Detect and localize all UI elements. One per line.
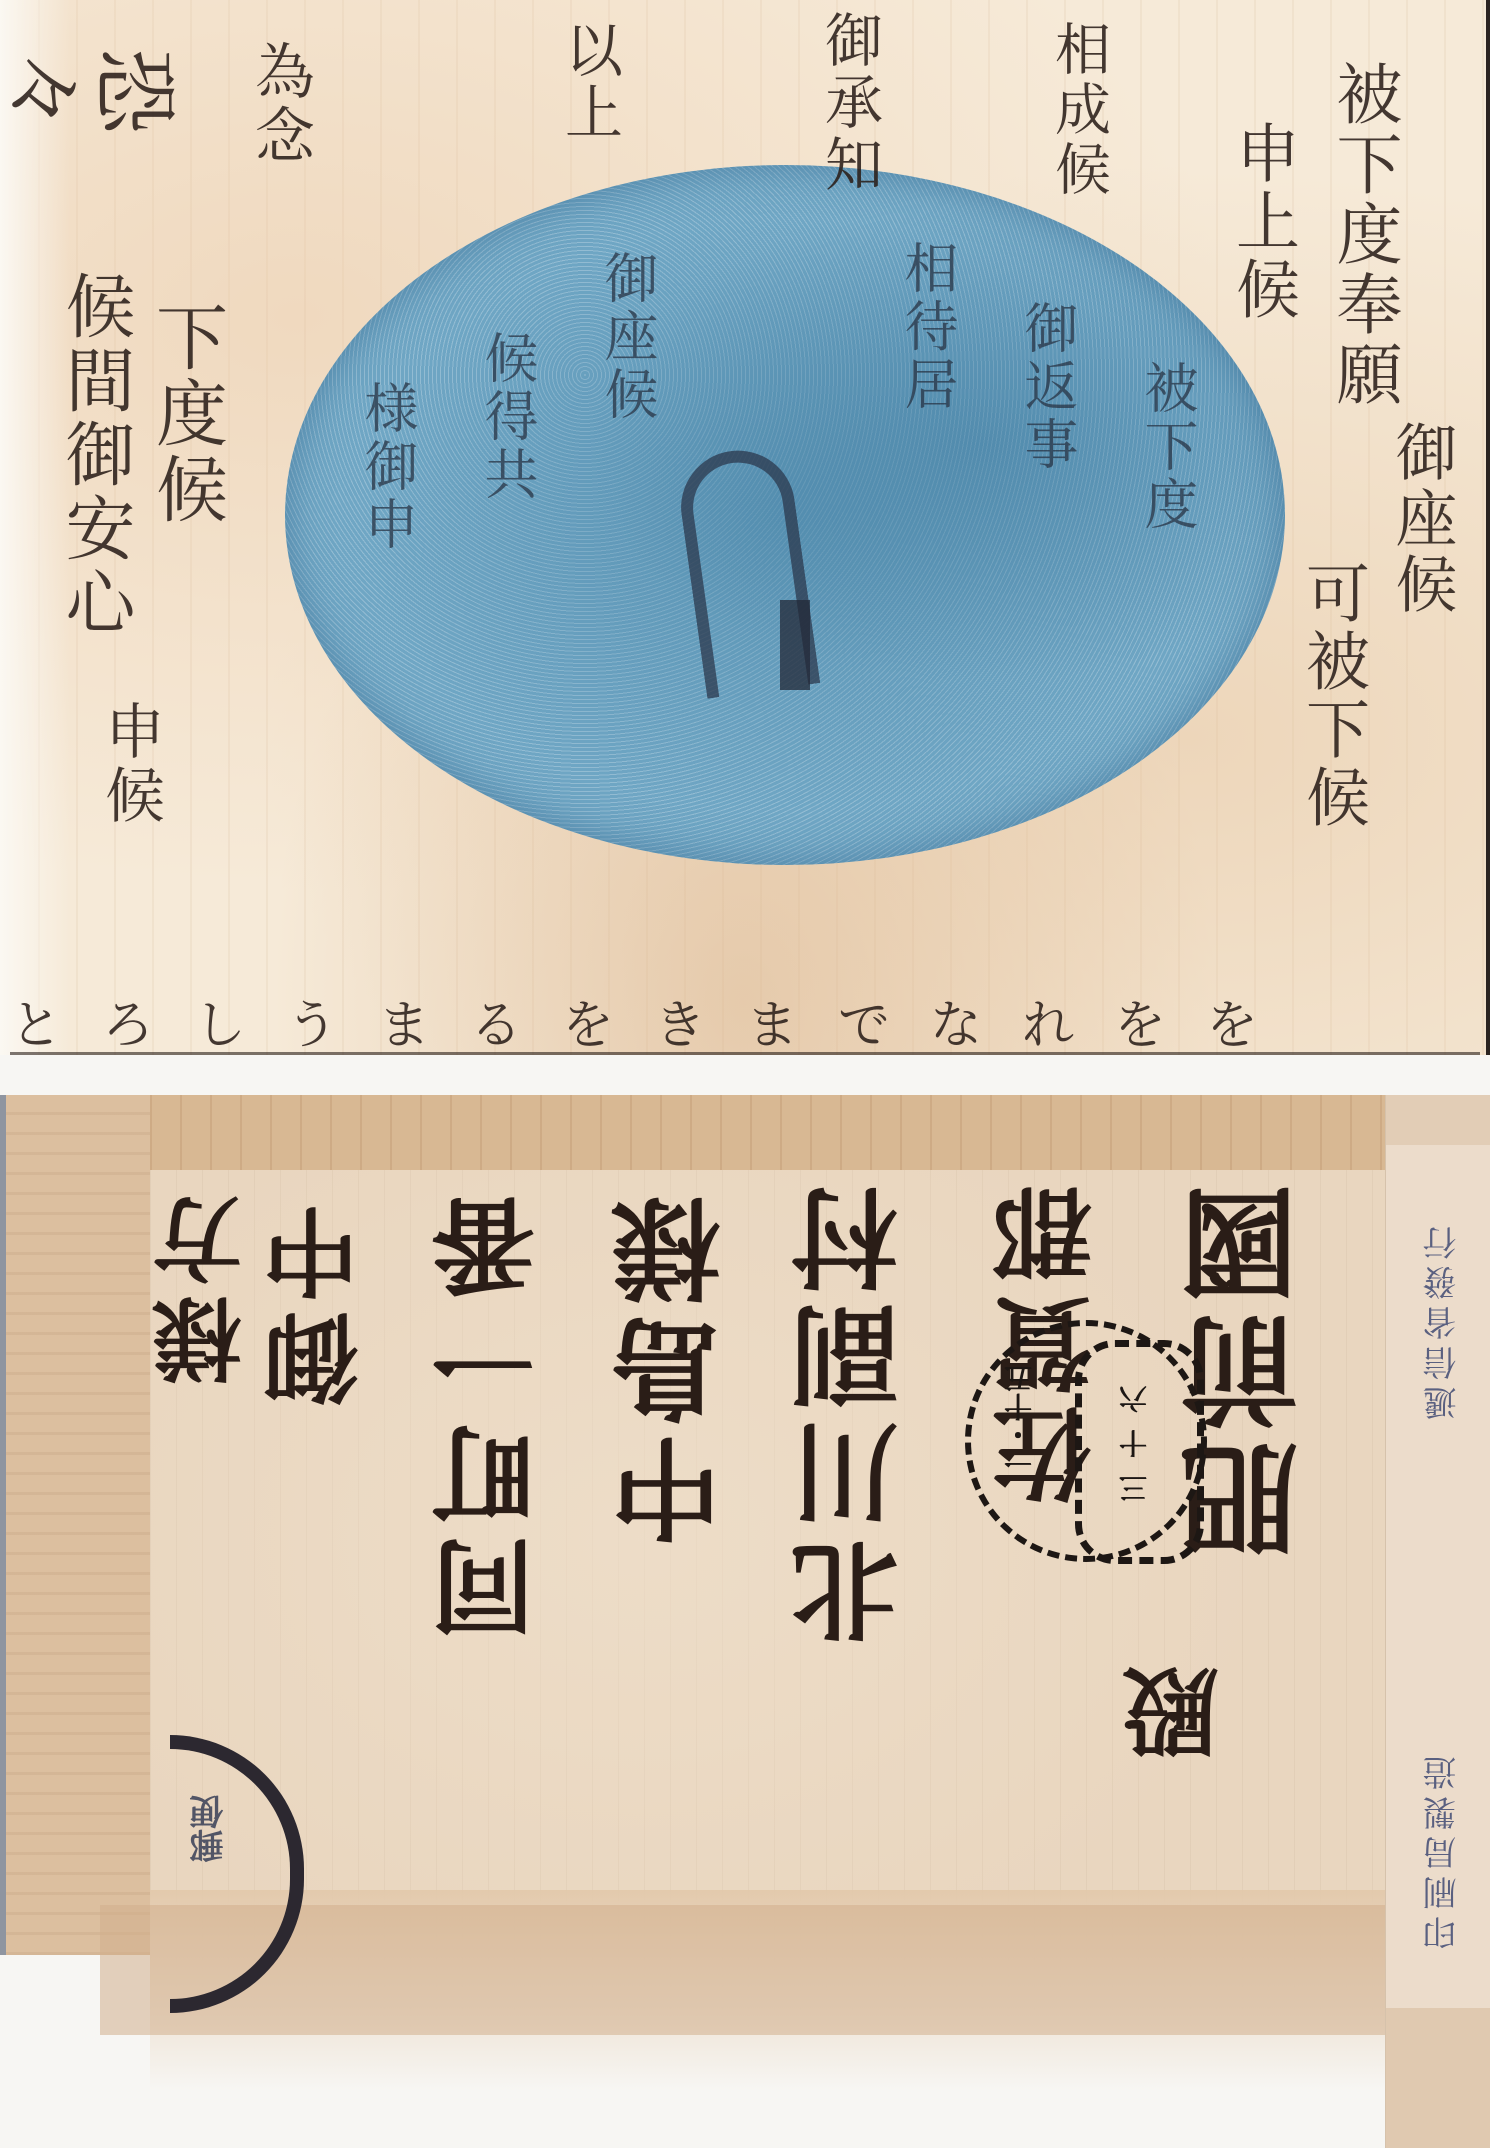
address-column: 同町一番 xyxy=(440,1185,544,1641)
folded-paper-strip-top xyxy=(150,1095,1385,1170)
seal-text: 郵便 xyxy=(185,1795,234,1863)
calligraphy-column: 申候 xyxy=(100,700,160,828)
calligraphy-column: 可被下候 xyxy=(1300,560,1364,832)
calligraphy-column: 相成候 xyxy=(1050,20,1106,200)
oval-calligraphy-column: 被下度 xyxy=(1140,360,1194,534)
folded-paper-strip-left xyxy=(0,1095,150,1955)
round-postmark-text: 一・十五 xyxy=(1000,1365,1040,1477)
address-column: 様方 xyxy=(160,1185,250,1385)
printed-maker-text: 印刷局製造 xyxy=(1418,1750,1467,1950)
address-column: 中島様 xyxy=(620,1185,730,1545)
calligraphy-column: 御座候 xyxy=(1390,420,1452,618)
calligraphy-column: 申上候 xyxy=(1230,120,1294,324)
address-column: 北川副村 xyxy=(800,1175,908,1647)
calligraphy-column: 御承知 xyxy=(820,10,878,196)
calligraphy-column: 以上 xyxy=(560,20,618,144)
address-column: 肥前國 xyxy=(1190,1175,1308,1559)
oval-calligraphy-column: 候得共 xyxy=(480,330,534,504)
margin-band-top xyxy=(1386,1095,1490,1145)
letter-panel: 恐々謹言 候間御安心 下度候 被下度奉願 申上候 御座候 可被下候 為念 以上 … xyxy=(0,0,1490,1055)
oval-calligraphy-column: 御座候 xyxy=(600,250,654,424)
bottom-calligraphy-row: とろしうまるをきまでなれをを xyxy=(10,1000,1480,1055)
address-column: 御中 xyxy=(270,1195,366,1407)
stamp-figure-base xyxy=(780,600,810,690)
calligraphy-row: とろしうまるをきまでなれをを xyxy=(10,1000,1298,1052)
margin-band-bottom xyxy=(1386,2008,1490,2148)
printed-issuer-text: 遞信省發行 xyxy=(1418,1220,1467,1420)
rectangular-postmark-text: 三 十 六 xyxy=(1115,1385,1155,1503)
oval-calligraphy-column: 御返事 xyxy=(1020,300,1074,474)
calligraphy-column: 恐々謹言 xyxy=(0,40,180,126)
calligraphy-column: 候間御安心 xyxy=(60,270,130,640)
calligraphy-column: 下度候 xyxy=(150,300,222,528)
envelope-address-panel: 遞信省發行 印刷局製造 肥前國 佐賀郡 北川副村 中島様 同町一番 御中 様方 … xyxy=(0,1095,1490,2148)
address-column: 殿 xyxy=(1130,1655,1226,1761)
calligraphy-column: 被下度奉願 xyxy=(1330,60,1396,410)
calligraphy-column: 為念 xyxy=(250,40,310,168)
oval-calligraphy-column: 様御申 xyxy=(360,380,414,554)
oval-calligraphy-column: 相待居 xyxy=(900,240,954,414)
